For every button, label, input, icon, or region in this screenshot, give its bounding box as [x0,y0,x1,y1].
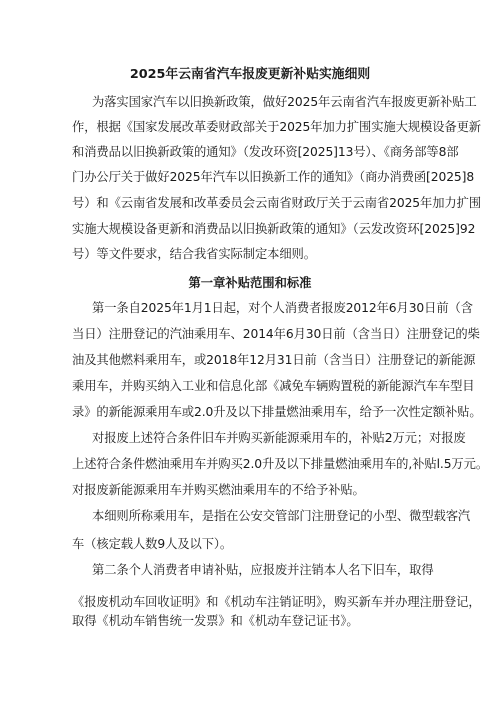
text-line: 车（核定载人数9人及以下）。 [72,536,432,552]
text-line: 对报废上述符合条件旧车并购买新能源乘用车的，补贴2万元；对报废 [92,430,426,446]
text-line: 乘用车，并购买纳入工业和信息化部《减免车辆购置税的新能源汽车车型目 [72,378,432,394]
text-line: 录》的新能源乘用车或2.0升及以下排量燃油乘用车，给予一次性定额补贴。 [72,404,432,420]
text-line: 作，根据《国家发展改革委财政部关于2025年加力扩围实施大规模设备更新 [72,119,432,135]
text-line: 对报废新能源乘用车并购买燃油乘用车的不给予补贴。 [72,482,432,498]
text-line: 和消费品以旧换新政策的通知》（发改环资[2025]13号）、《商务部等8部 [72,144,432,160]
text-line: 为落实国家汽车以旧换新政策，做好2025年云南省汽车报废更新补贴工 [92,94,432,110]
chapter-heading: 第一章补贴范围和标准 [0,275,500,291]
text-line: 号）和《云南省发展和改革委员会云南省财政厅关于云南省2025年加力扩围 [72,195,432,211]
text-line: 油及其他燃料乘用车，或2018年12月31日前（含当日）注册登记的新能源 [72,352,432,368]
text-line: 上述符合条件燃油乘用车并购买2.0升及以下排量燃油乘用车的,补贴l.5万元。 [72,456,434,472]
text-line: 门办公厅关于做好2025年汽车以旧换新工作的通知》（商办消费函[2025]8 [72,169,432,185]
text-line: 第二条个人消费者申请补贴，应报废并注销本人名下旧车，取得 [92,562,452,578]
document-title: 2025年云南省汽车报废更新补贴实施细则 [0,67,500,83]
text-line: 本细则所称乘用车，是指在公安交管部门注册登记的小型、微型载客汽 [92,508,432,524]
text-line: 号）等文件要求，结合我省实际制定本细则。 [72,246,432,262]
document-page: 2025年云南省汽车报废更新补贴实施细则 为落实国家汽车以旧换新政策，做好202… [0,0,500,707]
text-line: 取得《机动车销售统一发票》和《机动车登记证书》。 [72,613,432,629]
text-line: 当日）注册登记的汽油乘用车、2014年6月30日前（含当日）注册登记的柴 [72,326,432,342]
text-line: 实施大规模设备更新和消费品以旧换新政策的通知》（云发改资环[2025]92 [72,221,432,237]
text-line: 《报废机动车回收证明》和《机动车注销证明》，购买新车并办理注册登记， [72,594,434,610]
text-line: 第一条自2025年1月1日起，对个人消费者报废2012年6月30日前（含 [92,300,432,316]
